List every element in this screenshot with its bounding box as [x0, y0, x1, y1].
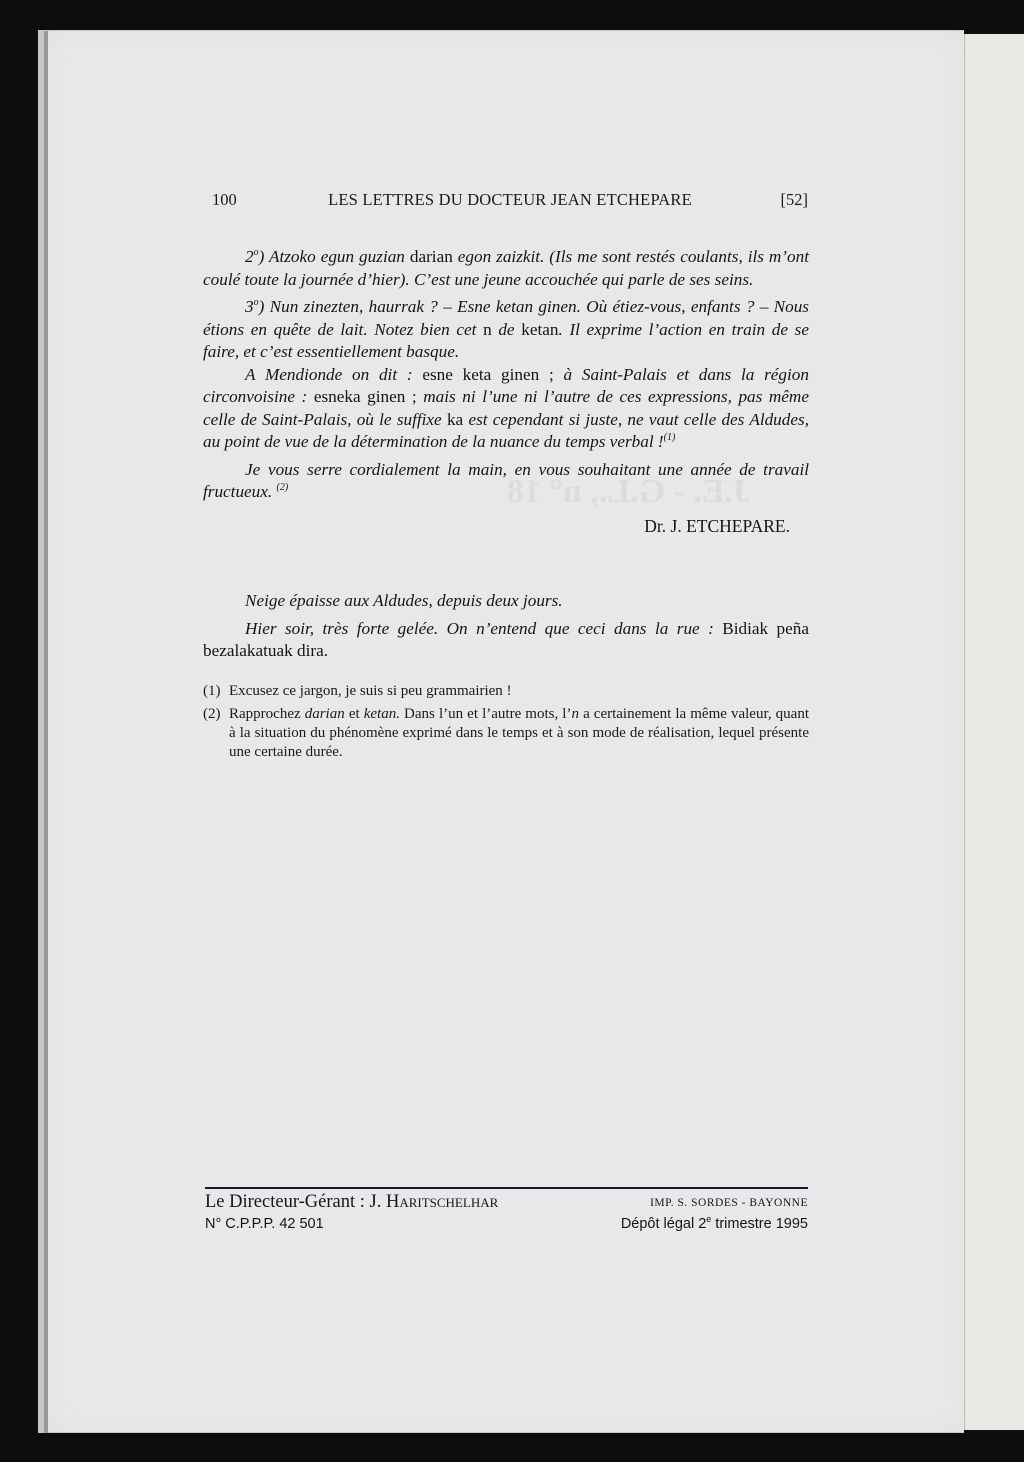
postscript: Neige épaisse aux Aldudes, depuis deux j…	[203, 590, 809, 663]
footnote-2: (2) Rapprochez darian et ketan. Dans l’u…	[203, 705, 809, 762]
postscript-line-2: Hier soir, très forte gelée. On n’entend…	[203, 618, 809, 663]
paragraph-3: 3o) Nun zinezten, haurrak ? – Esne ketan…	[203, 296, 809, 364]
running-head: 100 LES LETTRES DU DOCTEUR JEAN ETCHEPAR…	[212, 190, 808, 212]
footnote-ref-1: (1)	[664, 432, 676, 443]
depot-legal: Dépôt légal 2e trimestre 1995	[621, 1216, 808, 1232]
paragraph-mendionde: A Mendionde on dit : esne keta ginen ; à…	[203, 364, 809, 454]
footnotes: (1) Excusez ce jargon, je suis si peu gr…	[203, 682, 809, 766]
bracket-number: [52]	[781, 190, 809, 210]
colophon-divider	[205, 1187, 808, 1189]
footnote-1: (1) Excusez ce jargon, je suis si peu gr…	[203, 682, 809, 701]
adjacent-page-edge	[964, 34, 1024, 1430]
footnote-ref-2: (2)	[277, 482, 289, 493]
cppp-number: N° C.P.P.P. 42 501	[205, 1216, 324, 1232]
colophon: Le Directeur-Gérant : J. Haritschelhar I…	[205, 1192, 808, 1238]
signature: Dr. J. ETCHEPARE.	[570, 516, 790, 537]
printer: IMP. S. SORDES - BAYONNE	[650, 1197, 808, 1209]
paragraph-2: 2o) Atzoko egun guzian darian egon zaizk…	[203, 246, 809, 291]
running-title: LES LETTRES DU DOCTEUR JEAN ETCHEPARE	[212, 190, 808, 210]
director-gerant: Le Directeur-Gérant : J. Haritschelhar	[205, 1192, 498, 1213]
postscript-line-1: Neige épaisse aux Aldudes, depuis deux j…	[203, 590, 809, 613]
letter-body: 2o) Atzoko egun guzian darian egon zaizk…	[203, 246, 809, 504]
paragraph-closing: Je vous serre cordialement la main, en v…	[203, 459, 809, 504]
